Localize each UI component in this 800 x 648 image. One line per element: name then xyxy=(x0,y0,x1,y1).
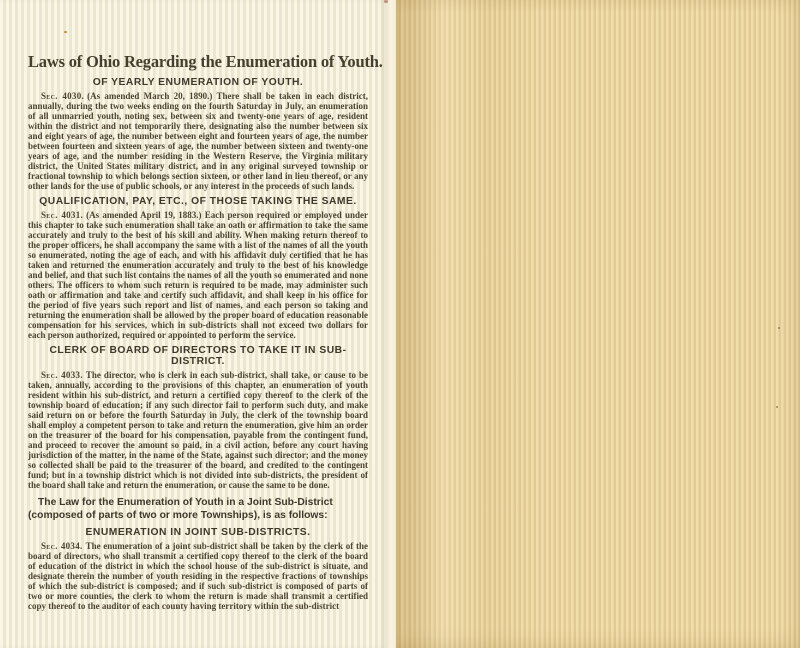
section-number-4030: Sec. 4030. xyxy=(41,91,84,101)
book-spread: Laws of Ohio Regarding the Enumeration o… xyxy=(0,0,800,648)
section-heading-joint-subdistricts: ENUMERATION IN JOINT SUB-DISTRICTS. xyxy=(28,527,368,538)
page-title: Laws of Ohio Regarding the Enumeration o… xyxy=(28,52,368,72)
paper-speck xyxy=(778,327,780,329)
law-paragraph-4033: Sec. 4033.The director, who is clerk in … xyxy=(28,370,368,490)
section-number-4033: Sec. 4033. xyxy=(41,370,83,380)
section-number-4031: Sec. 4031. xyxy=(41,210,83,220)
paper-speck xyxy=(776,406,778,408)
right-blank-page xyxy=(396,0,800,648)
section-body-4034: The enumeration of a joint sub-district … xyxy=(28,541,368,611)
paper-speck xyxy=(176,607,178,609)
section-body-4030: (As amended March 20, 1890.) There shall… xyxy=(28,91,368,191)
law-paragraph-4034: Sec. 4034.The enumeration of a joint sub… xyxy=(28,541,368,611)
section-heading-clerk-of-board: CLERK OF BOARD OF DIRECTORS TO TAKE IT I… xyxy=(28,345,368,367)
left-printed-page: Laws of Ohio Regarding the Enumeration o… xyxy=(0,0,386,648)
section-body-4033: The director, who is clerk in each sub-d… xyxy=(28,370,368,490)
section-number-4034: Sec. 4034. xyxy=(41,541,83,551)
section-heading-qualification-pay: QUALIFICATION, PAY, ETC., OF THOSE TAKIN… xyxy=(28,196,368,207)
paper-speck xyxy=(64,31,67,33)
page-content: Laws of Ohio Regarding the Enumeration o… xyxy=(28,52,368,611)
section-heading-yearly-enumeration: OF YEARLY ENUMERATION OF YOUTH. xyxy=(28,77,368,88)
page-gutter-edge xyxy=(386,0,396,648)
law-paragraph-4031: Sec. 4031.(As amended April 19, 1883.) E… xyxy=(28,210,368,340)
joint-subdistrict-note: The Law for the Enumeration of Youth in … xyxy=(28,497,368,522)
section-body-4031: (As amended April 19, 1883.) Each person… xyxy=(28,210,368,340)
paper-speck xyxy=(384,0,388,3)
law-paragraph-4030: Sec. 4030.(As amended March 20, 1890.) T… xyxy=(28,91,368,191)
